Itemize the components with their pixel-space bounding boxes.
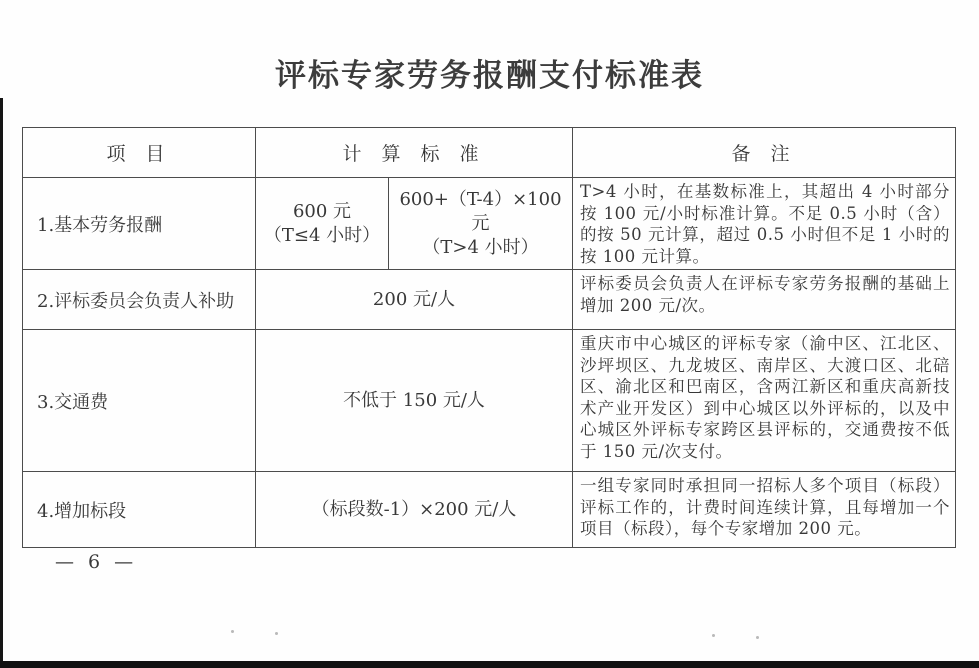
table-row-chairman-subsidy: 2.评标委员会负责人补助 200 元/人 评标委员会负责人在评标专家劳务报酬的基… (23, 270, 956, 330)
table-row-transport-fee: 3.交通费 不低于 150 元/人 重庆市中心城区的评标专家（渝中区、江北区、沙… (23, 330, 956, 472)
cell-standard-over-4h: 600+（T-4）×100 元 （T>4 小时） (389, 178, 573, 270)
scan-artifact-bottom-edge (0, 661, 979, 668)
standard-condition: （T≤4 小时） (257, 224, 387, 248)
standard-condition: （T>4 小时） (390, 236, 571, 260)
cell-remark: 重庆市中心城区的评标专家（渝中区、江北区、沙坪坝区、九龙坡区、南岸区、大渡口区、… (573, 330, 956, 472)
cell-standard: 200 元/人 (256, 270, 573, 330)
scan-speck (756, 636, 759, 639)
cell-item: 2.评标委员会负责人补助 (23, 270, 256, 330)
page-number: — 6 — (55, 551, 137, 573)
table-row-basic-remuneration: 1.基本劳务报酬 600 元 （T≤4 小时） 600+（T-4）×100 元 … (23, 178, 956, 270)
page-title: 评标专家劳务报酬支付标准表 (0, 50, 979, 95)
scan-speck (275, 632, 278, 635)
column-header-standard: 计 算 标 准 (256, 128, 573, 178)
cell-standard: （标段数-1）×200 元/人 (256, 472, 573, 548)
cell-remark: 评标委员会负责人在评标专家劳务报酬的基础上增加 200 元/次。 (573, 270, 956, 330)
cell-remark: T>4 小时，在基数标准上，其超出 4 小时部分按 100 元/小时标准计算。不… (573, 178, 956, 270)
column-header-remark: 备 注 (573, 128, 956, 178)
payment-standard-table: 项 目 计 算 标 准 备 注 1.基本劳务报酬 600 元 （T≤4 小时） … (22, 127, 956, 548)
table-row-additional-sections: 4.增加标段 （标段数-1）×200 元/人 一组专家同时承担同一招标人多个项目… (23, 472, 956, 548)
column-header-item: 项 目 (23, 128, 256, 178)
table-header-row: 项 目 计 算 标 准 备 注 (23, 128, 956, 178)
cell-item: 1.基本劳务报酬 (23, 178, 256, 270)
scan-speck (231, 630, 234, 633)
scan-speck (712, 634, 715, 637)
standard-value: 600+（T-4）×100 元 (390, 188, 571, 236)
cell-item: 3.交通费 (23, 330, 256, 472)
cell-standard: 不低于 150 元/人 (256, 330, 573, 472)
standard-value: 600 元 (257, 200, 387, 224)
cell-standard-under-4h: 600 元 （T≤4 小时） (256, 178, 389, 270)
scan-artifact-left-edge (0, 98, 3, 668)
cell-item: 4.增加标段 (23, 472, 256, 548)
cell-remark: 一组专家同时承担同一招标人多个项目（标段）评标工作的，计费时间连续计算，且每增加… (573, 472, 956, 548)
document-page: 评标专家劳务报酬支付标准表 项 目 计 算 标 准 备 注 1.基本劳务报酬 6… (0, 0, 979, 668)
